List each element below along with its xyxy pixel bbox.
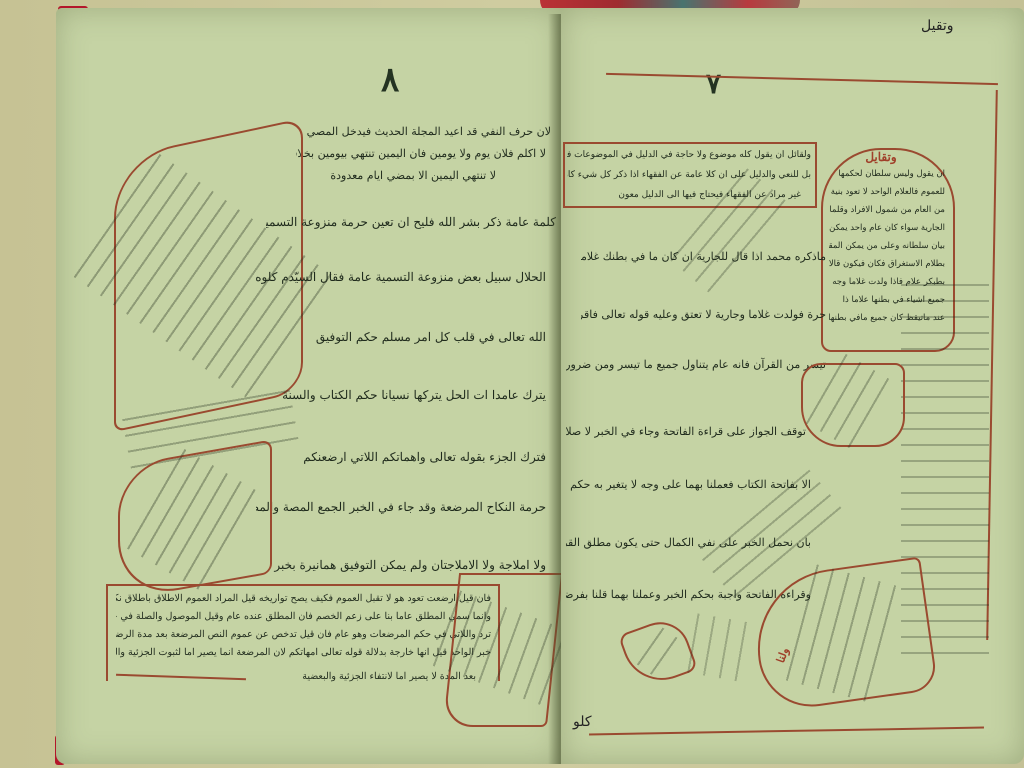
left-folio-number: ٨ <box>381 63 399 97</box>
right-page: وتقيل ٧ ولقائل ان يقول كله موضوع ولا حاج… <box>561 8 1024 764</box>
text-line: لا اكلم فلان يوم ولا يومين فان اليمين تن… <box>296 145 546 163</box>
text-line: تيسر من القرآن فانه عام يتناول جميع ما ت… <box>566 356 826 374</box>
text-line: كلمة عامة ذكر بشر الله فليح ان تعين حرمة… <box>266 213 556 231</box>
box-line: ولقائل ان يقول كله موضوع ولا حاجة في الد… <box>567 146 811 164</box>
box-line: بعد المدة لا يصير اما لانتفاء الجزئية وا… <box>246 668 476 686</box>
text-line: لان حرف النفي قد اعيد المجلة الحديث فيدخ… <box>306 123 551 141</box>
text-line: لا تنتهي اليمين الا بمضي ايام معدودة <box>316 167 496 185</box>
box-line: الجارية سواء كان عام واحد يمكن ان يجاريت… <box>829 220 945 236</box>
text-line: حرمة النكاح المرضعة وقد جاء في الخبر الج… <box>256 498 546 516</box>
box-line: من العام من شمول الافراد وقلما يمكن يعتق <box>829 202 945 218</box>
text-line: يترك عامدا ات الحل يتركها نسيانا حكم الك… <box>276 386 546 404</box>
frame-top-rule <box>606 73 998 85</box>
text-line: ماذكره محمد اذا قال للجارية ان كان ما في… <box>581 248 826 266</box>
box-line: وانما سمي المطلق عاما بنا على زعم الخصم … <box>116 608 491 626</box>
vertical-gloss-text <box>686 613 756 683</box>
box-line: فان قيل ارضعت تعود هو لا تقبل العموم فكي… <box>116 590 491 608</box>
box-heading: وتقايل <box>841 148 921 166</box>
frame-bottom-rule <box>589 727 984 736</box>
right-folio-number: ٧ <box>706 70 721 98</box>
text-line: حرة فولدت غلاما وجارية لا تعتق وعليه قول… <box>581 306 826 324</box>
corner-note: وتقيل <box>921 18 954 34</box>
box-line: بل للنعي والدليل على ان كلا عامة عن الفق… <box>567 166 811 184</box>
box-line: بطلام الاستغراق فكان فيكون قالان <box>829 256 945 272</box>
catchword: كلو <box>573 714 592 730</box>
box-line: بيان سلطانه وعلى من يمكن المقصود الاصلي <box>829 238 945 254</box>
text-line: توقف الجواز على قراءة الفاتحة وجاء في ال… <box>566 423 806 441</box>
text-line: بان نحمل الخبر على نفي الكمال حتى يكون م… <box>566 534 811 552</box>
box-line: ان يقول وليس سلطان لحكمها <box>829 166 945 182</box>
text-line: الحلال سبيل بعض منزوعة التسمية عامة فقال… <box>256 268 546 286</box>
text-line: ولا املاجة ولا الاملاجتان ولم يمكن التوف… <box>256 556 546 574</box>
text-line: فترك الجزء بقوله تعالى واهماتكم اللاتي ا… <box>286 448 546 466</box>
box-line: للعموم فالعلام الواحد لا تعود بنية لا بد <box>829 184 945 200</box>
text-line: الله تعالى في قلب كل امر مسلم حكم التوفي… <box>276 328 546 346</box>
left-page: ٨ لان حرف النفي قد اعيد المجلة الحديث في… <box>56 8 561 764</box>
